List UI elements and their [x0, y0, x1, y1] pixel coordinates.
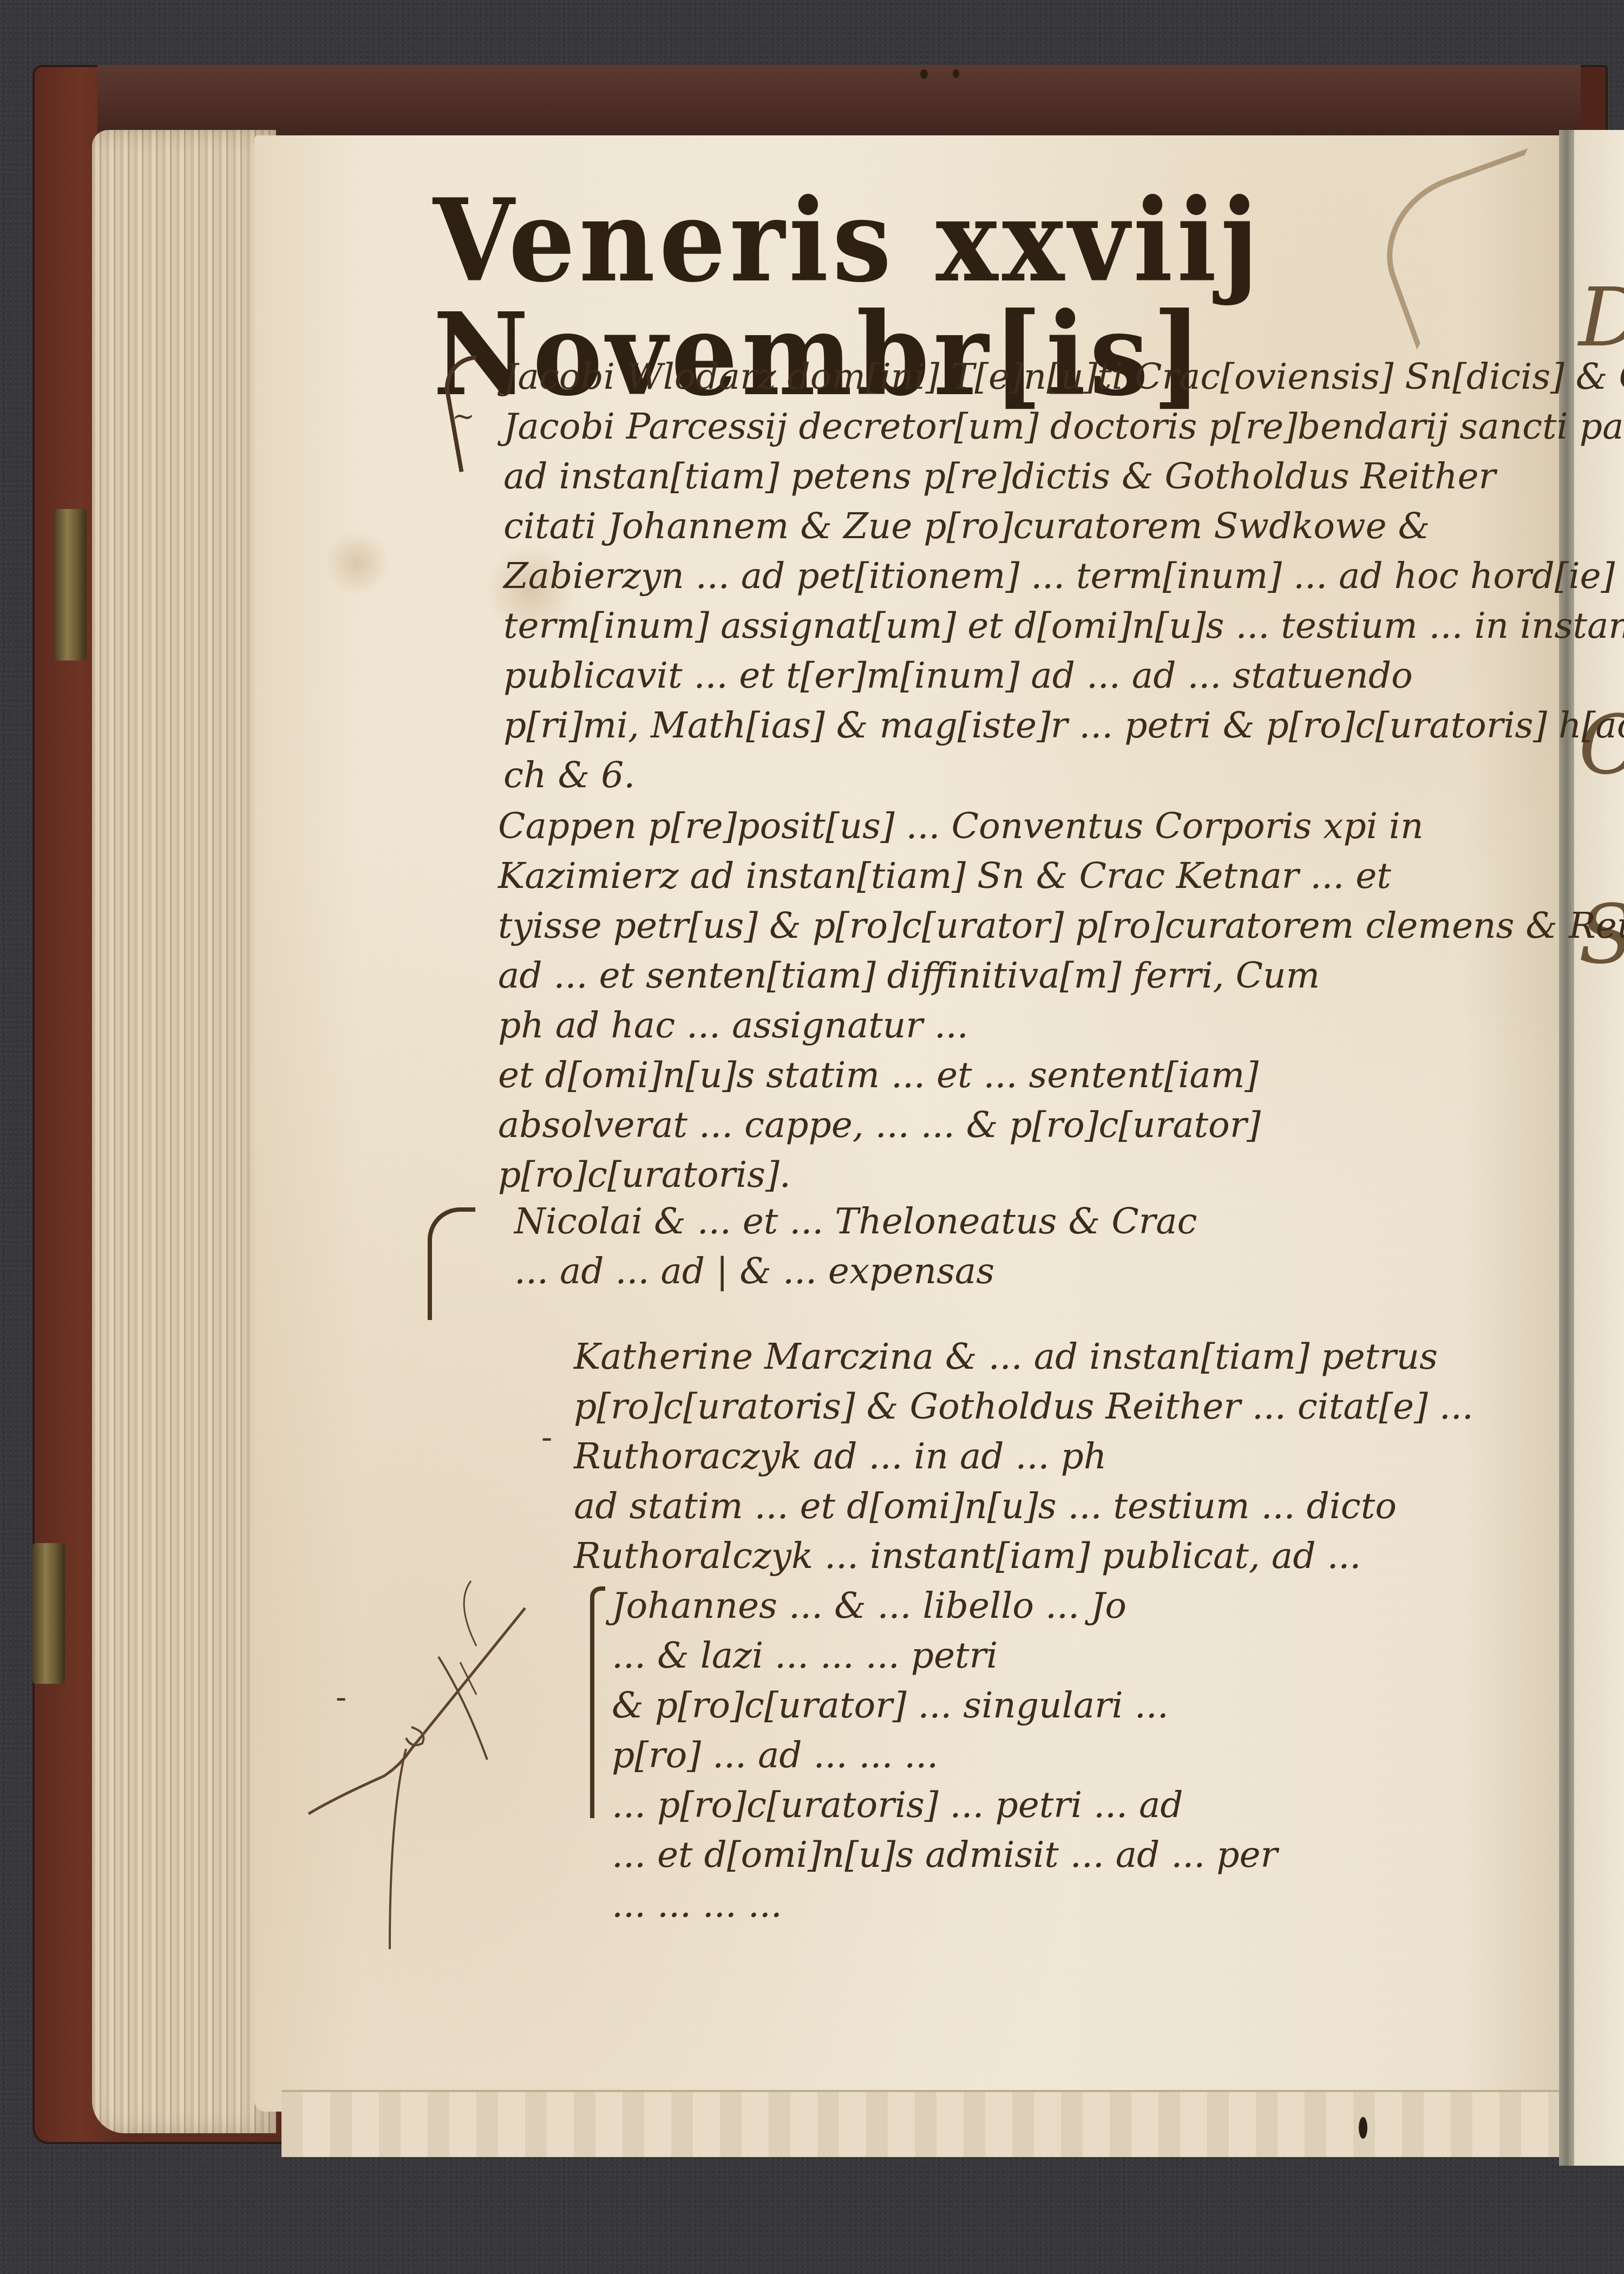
entry-line: tyisse petr[us] & p[ro]c[urator] p[ro]cu… [498, 901, 1624, 951]
facing-page-flourish: D [1579, 271, 1624, 365]
entry-line: Jacobi Wlodarz dom[ini] T[e]n[u]ti Crac[… [503, 352, 1624, 402]
entry-2: Cappen p[re]posit[us] ... Conventus Corp… [498, 801, 1624, 1200]
entry-line: citati Johannem & Zue p[ro]curatorem Swd… [503, 501, 1624, 551]
entry-line: ad ... et senten[tiam] diffinitiva[m] fe… [498, 951, 1624, 1001]
speck [1359, 2117, 1367, 2139]
page-bottom-edge [281, 2090, 1570, 2157]
entry-line: ad instan[tiam] petens p[re]dictis & Got… [503, 452, 1624, 501]
stain [325, 531, 390, 596]
entry-line: ch & 6. [503, 750, 1624, 800]
entry-line: p[ro] ... ad ... ... ... [612, 1730, 1278, 1780]
brass-clasp-lower [32, 1543, 65, 1684]
entry-line: p[ro]c[uratoris] & Gotholdus Reither ...… [574, 1382, 1474, 1432]
entry-line: ... p[ro]c[uratoris] ... petri ... ad [612, 1780, 1278, 1830]
brass-clasp-upper [54, 509, 87, 661]
entry-line: Ruthoralczyk ... instant[iam] publicat, … [574, 1531, 1474, 1581]
entry-line: Nicolai & ... et ... Theloneatus & Crac [514, 1197, 1197, 1246]
entry-line: ... ... ... ... [612, 1880, 1278, 1930]
entry-line: Zabierzyn ... ad pet[itionem] ... term[i… [503, 551, 1624, 601]
entry-line: Kazimierz ad instan[tiam] Sn & Crac Ketn… [498, 851, 1624, 901]
entry-line: absolverat ... cappe, ... ... & p[ro]c[u… [498, 1100, 1624, 1150]
entry-line: ... ad ... ad | & ... expensas [514, 1246, 1197, 1296]
entry-line: & p[ro]c[urator] ... singulari ... [612, 1681, 1278, 1730]
entry-line: ... et d[omi]n[u]s admisit ... ad ... pe… [612, 1830, 1278, 1880]
speck [920, 69, 928, 79]
entry-line: ph ad hac ... assignatur ... [498, 1001, 1624, 1050]
page-block-edge [92, 130, 276, 2133]
entry-line: Katherine Marczina & ... ad instan[tiam]… [574, 1332, 1474, 1382]
entry-line: publicavit ... et t[er]m[inum] ad ... ad… [503, 651, 1624, 701]
entry-line: p[ri]mi, Math[ias] & mag[iste]r ... petr… [503, 701, 1624, 750]
entry-line: Johannes ... & ... libello ... Jo [612, 1581, 1278, 1631]
entry-5: Johannes ... & ... libello ... Jo ... & … [612, 1581, 1278, 1930]
margin-mark: - [541, 1419, 552, 1456]
speck [953, 69, 959, 78]
entry-line: ad statim ... et d[omi]n[u]s ... testium… [574, 1481, 1474, 1531]
entry-3: Nicolai & ... et ... Theloneatus & Crac … [514, 1197, 1197, 1296]
entry-1: Jacobi Wlodarz dom[ini] T[e]n[u]ti Crac[… [503, 352, 1624, 800]
entry-line: p[ro]c[uratoris]. [498, 1150, 1624, 1200]
entry-line: Ruthoraczyk ad ... in ad ... ph [574, 1432, 1474, 1481]
entry-line: Cappen p[re]posit[us] ... Conventus Corp… [498, 801, 1624, 851]
entry-line: Jacobi Parcessij decretor[um] doctoris p… [503, 402, 1624, 452]
entry-bracket [428, 1207, 475, 1320]
binding-top-turn-in [97, 65, 1581, 146]
entry-line: ... & lazi ... ... ... petri [612, 1631, 1278, 1681]
entry-line: term[inum] assignat[um] et d[omi]n[u]s .… [503, 601, 1624, 651]
entry-line: et d[omi]n[u]s statim ... et ... sentent… [498, 1050, 1624, 1100]
pointing-hand-drawing-icon [303, 1570, 628, 1949]
entry-4: Katherine Marczina & ... ad instan[tiam]… [574, 1332, 1474, 1581]
margin-mark: ~ [452, 401, 475, 432]
